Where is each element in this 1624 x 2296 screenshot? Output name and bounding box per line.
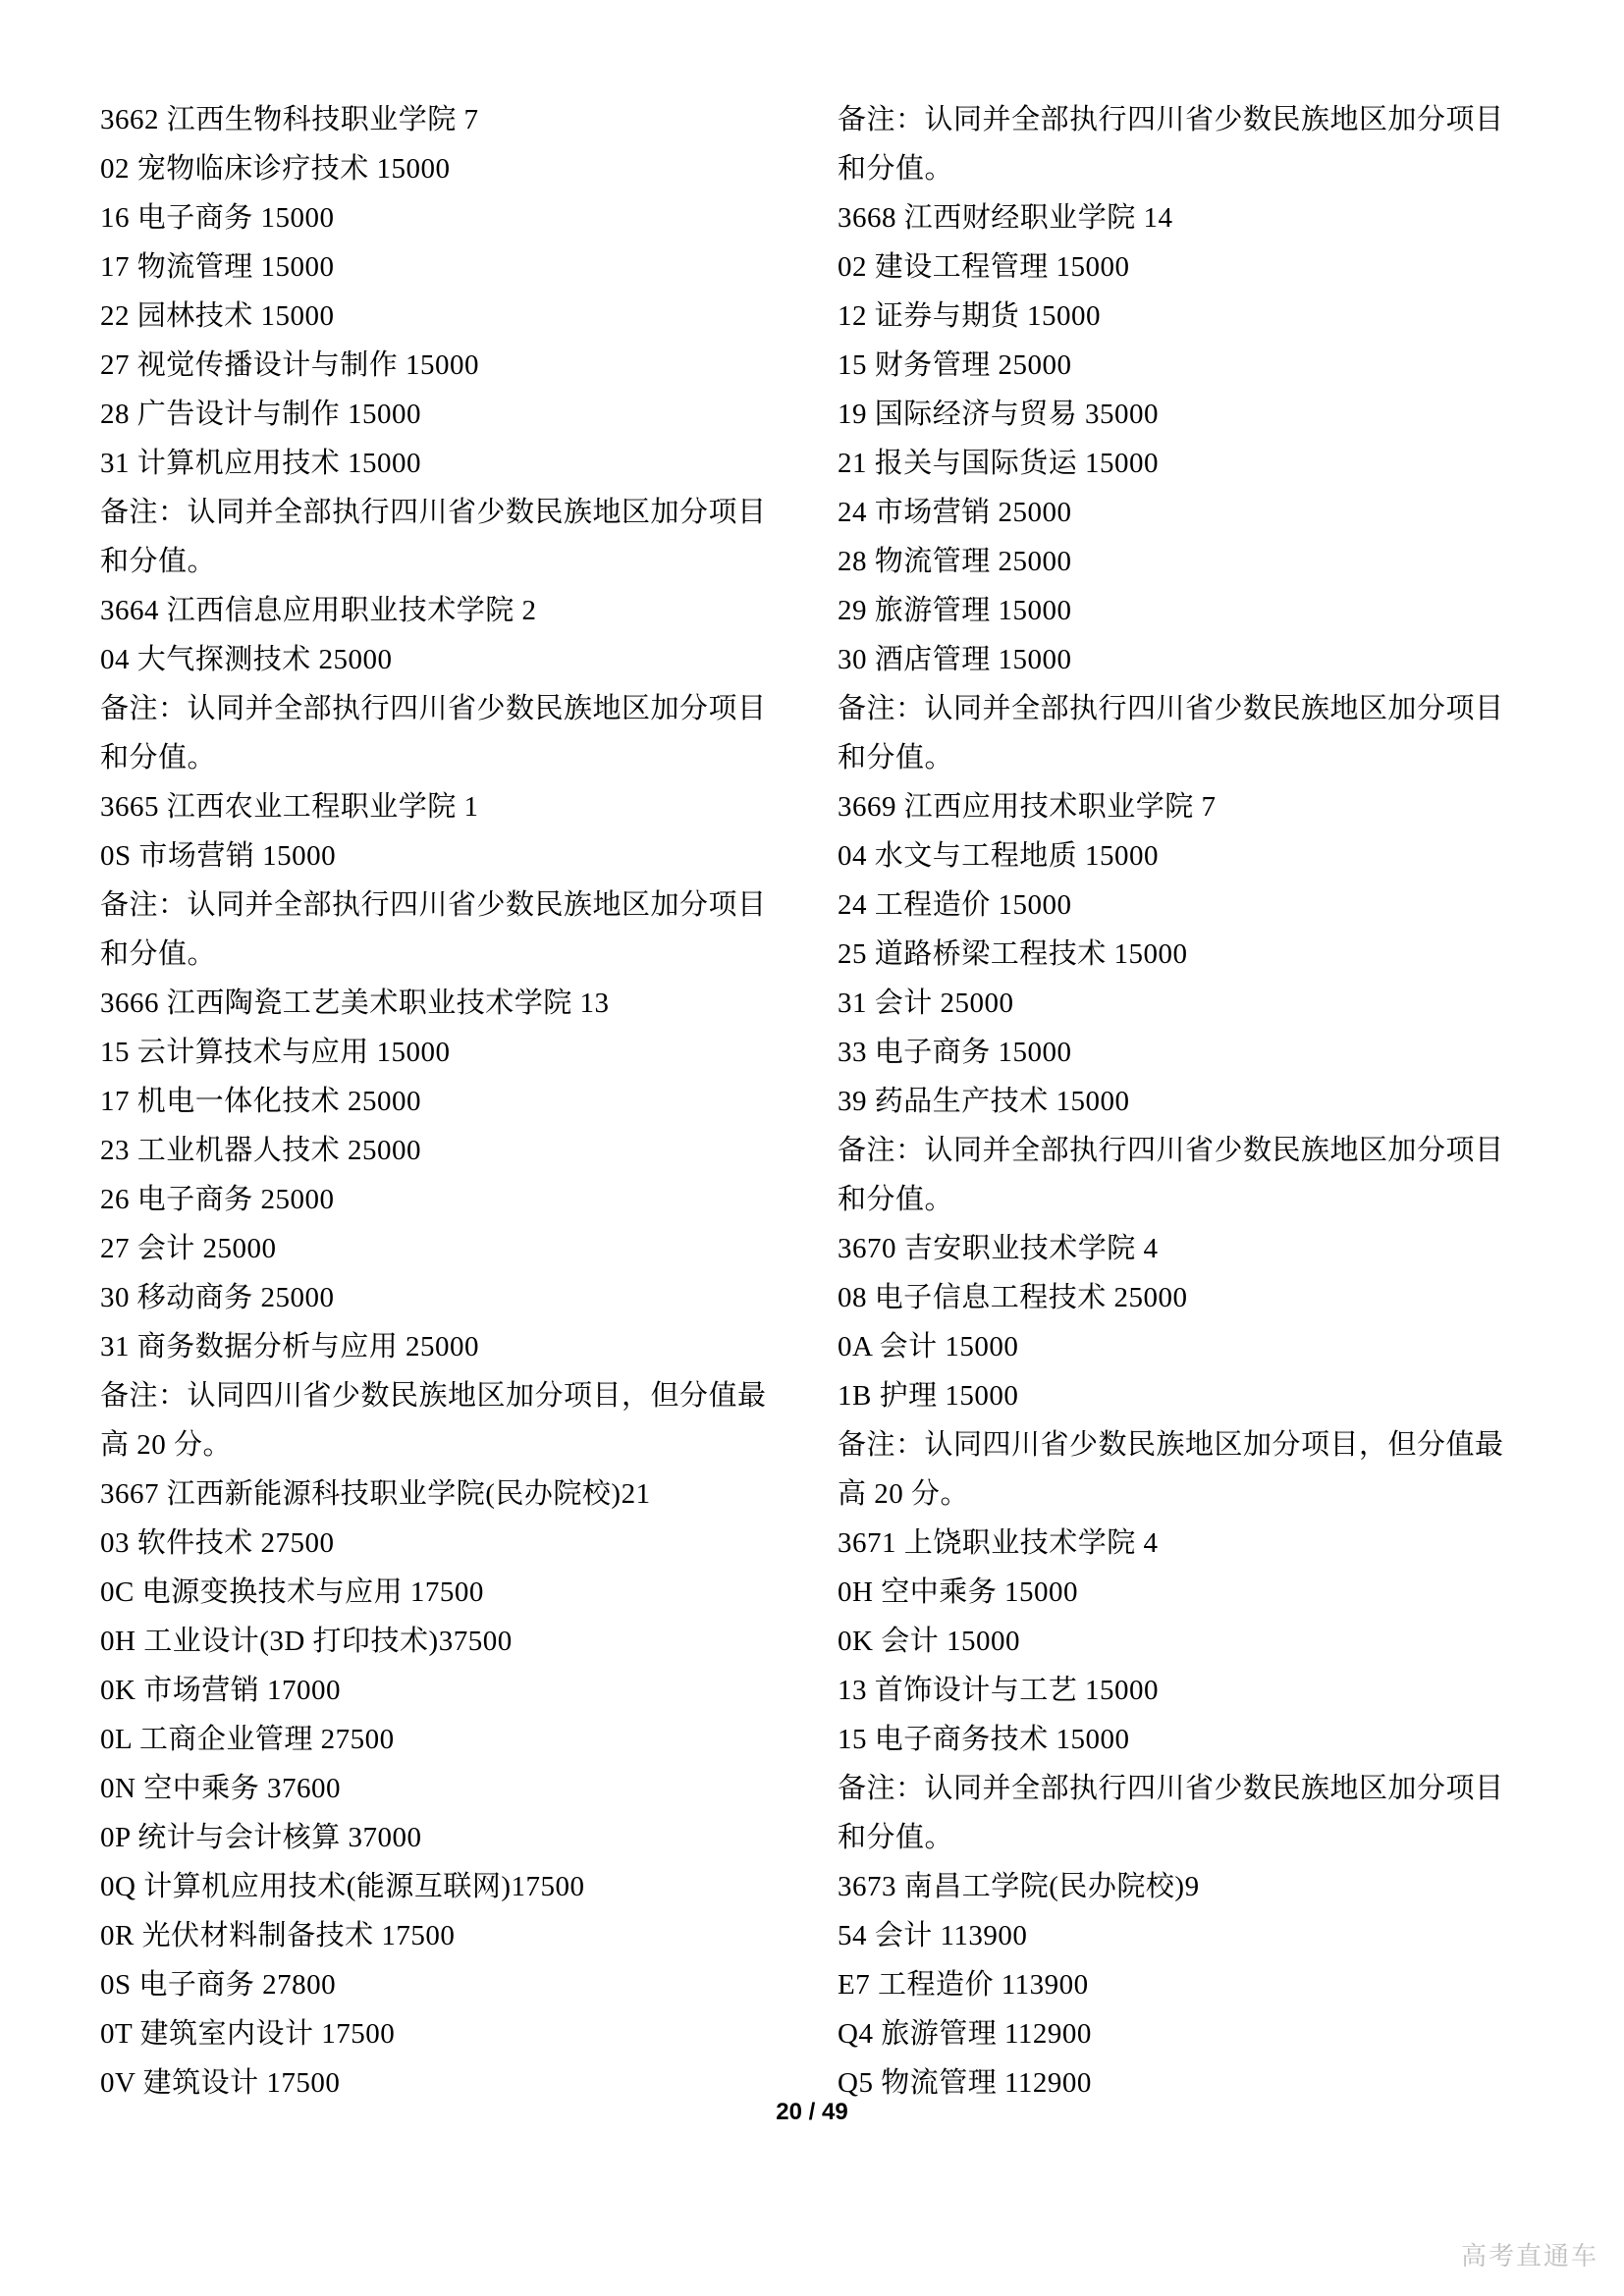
text-line: 04 水文与工程地质 15000 <box>838 831 1504 881</box>
text-line: 和分值。 <box>100 733 767 782</box>
text-line: 高 20 分。 <box>838 1469 1504 1519</box>
text-line: 0P 统计与会计核算 37000 <box>100 1813 767 1862</box>
text-line: 和分值。 <box>838 144 1504 193</box>
text-line: 0H 工业设计(3D 打印技术)37500 <box>100 1617 767 1666</box>
text-line: 15 电子商务技术 15000 <box>838 1715 1504 1764</box>
text-line: 备注：认同并全部执行四川省少数民族地区加分项目 <box>100 488 767 537</box>
text-line: 备注：认同四川省少数民族地区加分项目，但分值最 <box>838 1420 1504 1469</box>
text-line: 16 电子商务 15000 <box>100 193 767 242</box>
text-line: 高 20 分。 <box>100 1420 767 1469</box>
text-line: 0Q 计算机应用技术(能源互联网)17500 <box>100 1862 767 1911</box>
right-column: 备注：认同并全部执行四川省少数民族地区加分项目和分值。3668 江西财经职业学院… <box>838 95 1504 2108</box>
text-line: 和分值。 <box>838 1175 1504 1224</box>
text-line: 3665 江西农业工程职业学院 1 <box>100 782 767 831</box>
text-line: 03 软件技术 27500 <box>100 1519 767 1568</box>
text-line: 23 工业机器人技术 25000 <box>100 1126 767 1175</box>
text-line: 28 广告设计与制作 15000 <box>100 390 767 439</box>
text-line: E7 工程造价 113900 <box>838 1960 1504 2009</box>
text-line: 31 计算机应用技术 15000 <box>100 439 767 488</box>
text-line: 0H 空中乘务 15000 <box>838 1568 1504 1617</box>
text-line: 3669 江西应用技术职业学院 7 <box>838 782 1504 831</box>
text-line: 3664 江西信息应用职业技术学院 2 <box>100 586 767 635</box>
text-line: 02 建设工程管理 15000 <box>838 242 1504 292</box>
text-line: 19 国际经济与贸易 35000 <box>838 390 1504 439</box>
page-number: 20 / 49 <box>0 2099 1624 2126</box>
text-line: 31 会计 25000 <box>838 979 1504 1028</box>
text-line: 12 证券与期货 15000 <box>838 292 1504 341</box>
text-line: 0N 空中乘务 37600 <box>100 1764 767 1813</box>
text-line: 3667 江西新能源科技职业学院(民办院校)21 <box>100 1469 767 1519</box>
text-line: 30 移动商务 25000 <box>100 1273 767 1322</box>
text-line: 备注：认同四川省少数民族地区加分项目，但分值最 <box>100 1371 767 1420</box>
text-line: 30 酒店管理 15000 <box>838 635 1504 684</box>
text-line: 17 物流管理 15000 <box>100 242 767 292</box>
text-line: 1B 护理 15000 <box>838 1371 1504 1420</box>
text-line: 39 药品生产技术 15000 <box>838 1077 1504 1126</box>
text-line: 3666 江西陶瓷工艺美术职业技术学院 13 <box>100 979 767 1028</box>
text-line: 备注：认同并全部执行四川省少数民族地区加分项目 <box>838 95 1504 144</box>
text-line: 0K 市场营销 17000 <box>100 1666 767 1715</box>
watermark-text: 高考直通车 <box>1461 2236 1598 2272</box>
text-line: 3662 江西生物科技职业学院 7 <box>100 95 767 144</box>
text-line: 0S 电子商务 27800 <box>100 1960 767 2009</box>
text-line: 3673 南昌工学院(民办院校)9 <box>838 1862 1504 1911</box>
text-line: 3668 江西财经职业学院 14 <box>838 193 1504 242</box>
text-line: 21 报关与国际货运 15000 <box>838 439 1504 488</box>
text-line: 17 机电一体化技术 25000 <box>100 1077 767 1126</box>
text-line: 备注：认同并全部执行四川省少数民族地区加分项目 <box>100 881 767 930</box>
text-line: 和分值。 <box>838 733 1504 782</box>
text-line: 0C 电源变换技术与应用 17500 <box>100 1568 767 1617</box>
text-line: 04 大气探测技术 25000 <box>100 635 767 684</box>
text-line: 3671 上饶职业技术学院 4 <box>838 1519 1504 1568</box>
text-line: 和分值。 <box>838 1813 1504 1862</box>
text-line: 54 会计 113900 <box>838 1911 1504 1960</box>
text-line: 备注：认同并全部执行四川省少数民族地区加分项目 <box>838 684 1504 733</box>
text-line: 13 首饰设计与工艺 15000 <box>838 1666 1504 1715</box>
text-line: 备注：认同并全部执行四川省少数民族地区加分项目 <box>100 684 767 733</box>
text-line: 备注：认同并全部执行四川省少数民族地区加分项目 <box>838 1126 1504 1175</box>
text-line: 0A 会计 15000 <box>838 1322 1504 1371</box>
text-line: 和分值。 <box>100 537 767 586</box>
text-line: 15 云计算技术与应用 15000 <box>100 1028 767 1077</box>
text-line: 25 道路桥梁工程技术 15000 <box>838 930 1504 979</box>
left-column: 3662 江西生物科技职业学院 702 宠物临床诊疗技术 1500016 电子商… <box>100 95 767 2108</box>
text-line: 27 会计 25000 <box>100 1224 767 1273</box>
text-line: 28 物流管理 25000 <box>838 537 1504 586</box>
text-line: 24 市场营销 25000 <box>838 488 1504 537</box>
text-line: 0L 工商企业管理 27500 <box>100 1715 767 1764</box>
text-line: 备注：认同并全部执行四川省少数民族地区加分项目 <box>838 1764 1504 1813</box>
text-line: 27 视觉传播设计与制作 15000 <box>100 341 767 390</box>
text-line: 08 电子信息工程技术 25000 <box>838 1273 1504 1322</box>
text-line: 3670 吉安职业技术学院 4 <box>838 1224 1504 1273</box>
text-line: 26 电子商务 25000 <box>100 1175 767 1224</box>
text-line: 22 园林技术 15000 <box>100 292 767 341</box>
text-line: 15 财务管理 25000 <box>838 341 1504 390</box>
text-line: 02 宠物临床诊疗技术 15000 <box>100 144 767 193</box>
text-line: 0T 建筑室内设计 17500 <box>100 2009 767 2058</box>
text-line: Q4 旅游管理 112900 <box>838 2009 1504 2058</box>
text-line: 和分值。 <box>100 930 767 979</box>
text-line: 33 电子商务 15000 <box>838 1028 1504 1077</box>
text-line: 0S 市场营销 15000 <box>100 831 767 881</box>
text-line: 29 旅游管理 15000 <box>838 586 1504 635</box>
text-line: 24 工程造价 15000 <box>838 881 1504 930</box>
text-line: 0K 会计 15000 <box>838 1617 1504 1666</box>
document-page: 3662 江西生物科技职业学院 702 宠物临床诊疗技术 1500016 电子商… <box>0 0 1624 2296</box>
text-line: 31 商务数据分析与应用 25000 <box>100 1322 767 1371</box>
text-line: 0R 光伏材料制备技术 17500 <box>100 1911 767 1960</box>
